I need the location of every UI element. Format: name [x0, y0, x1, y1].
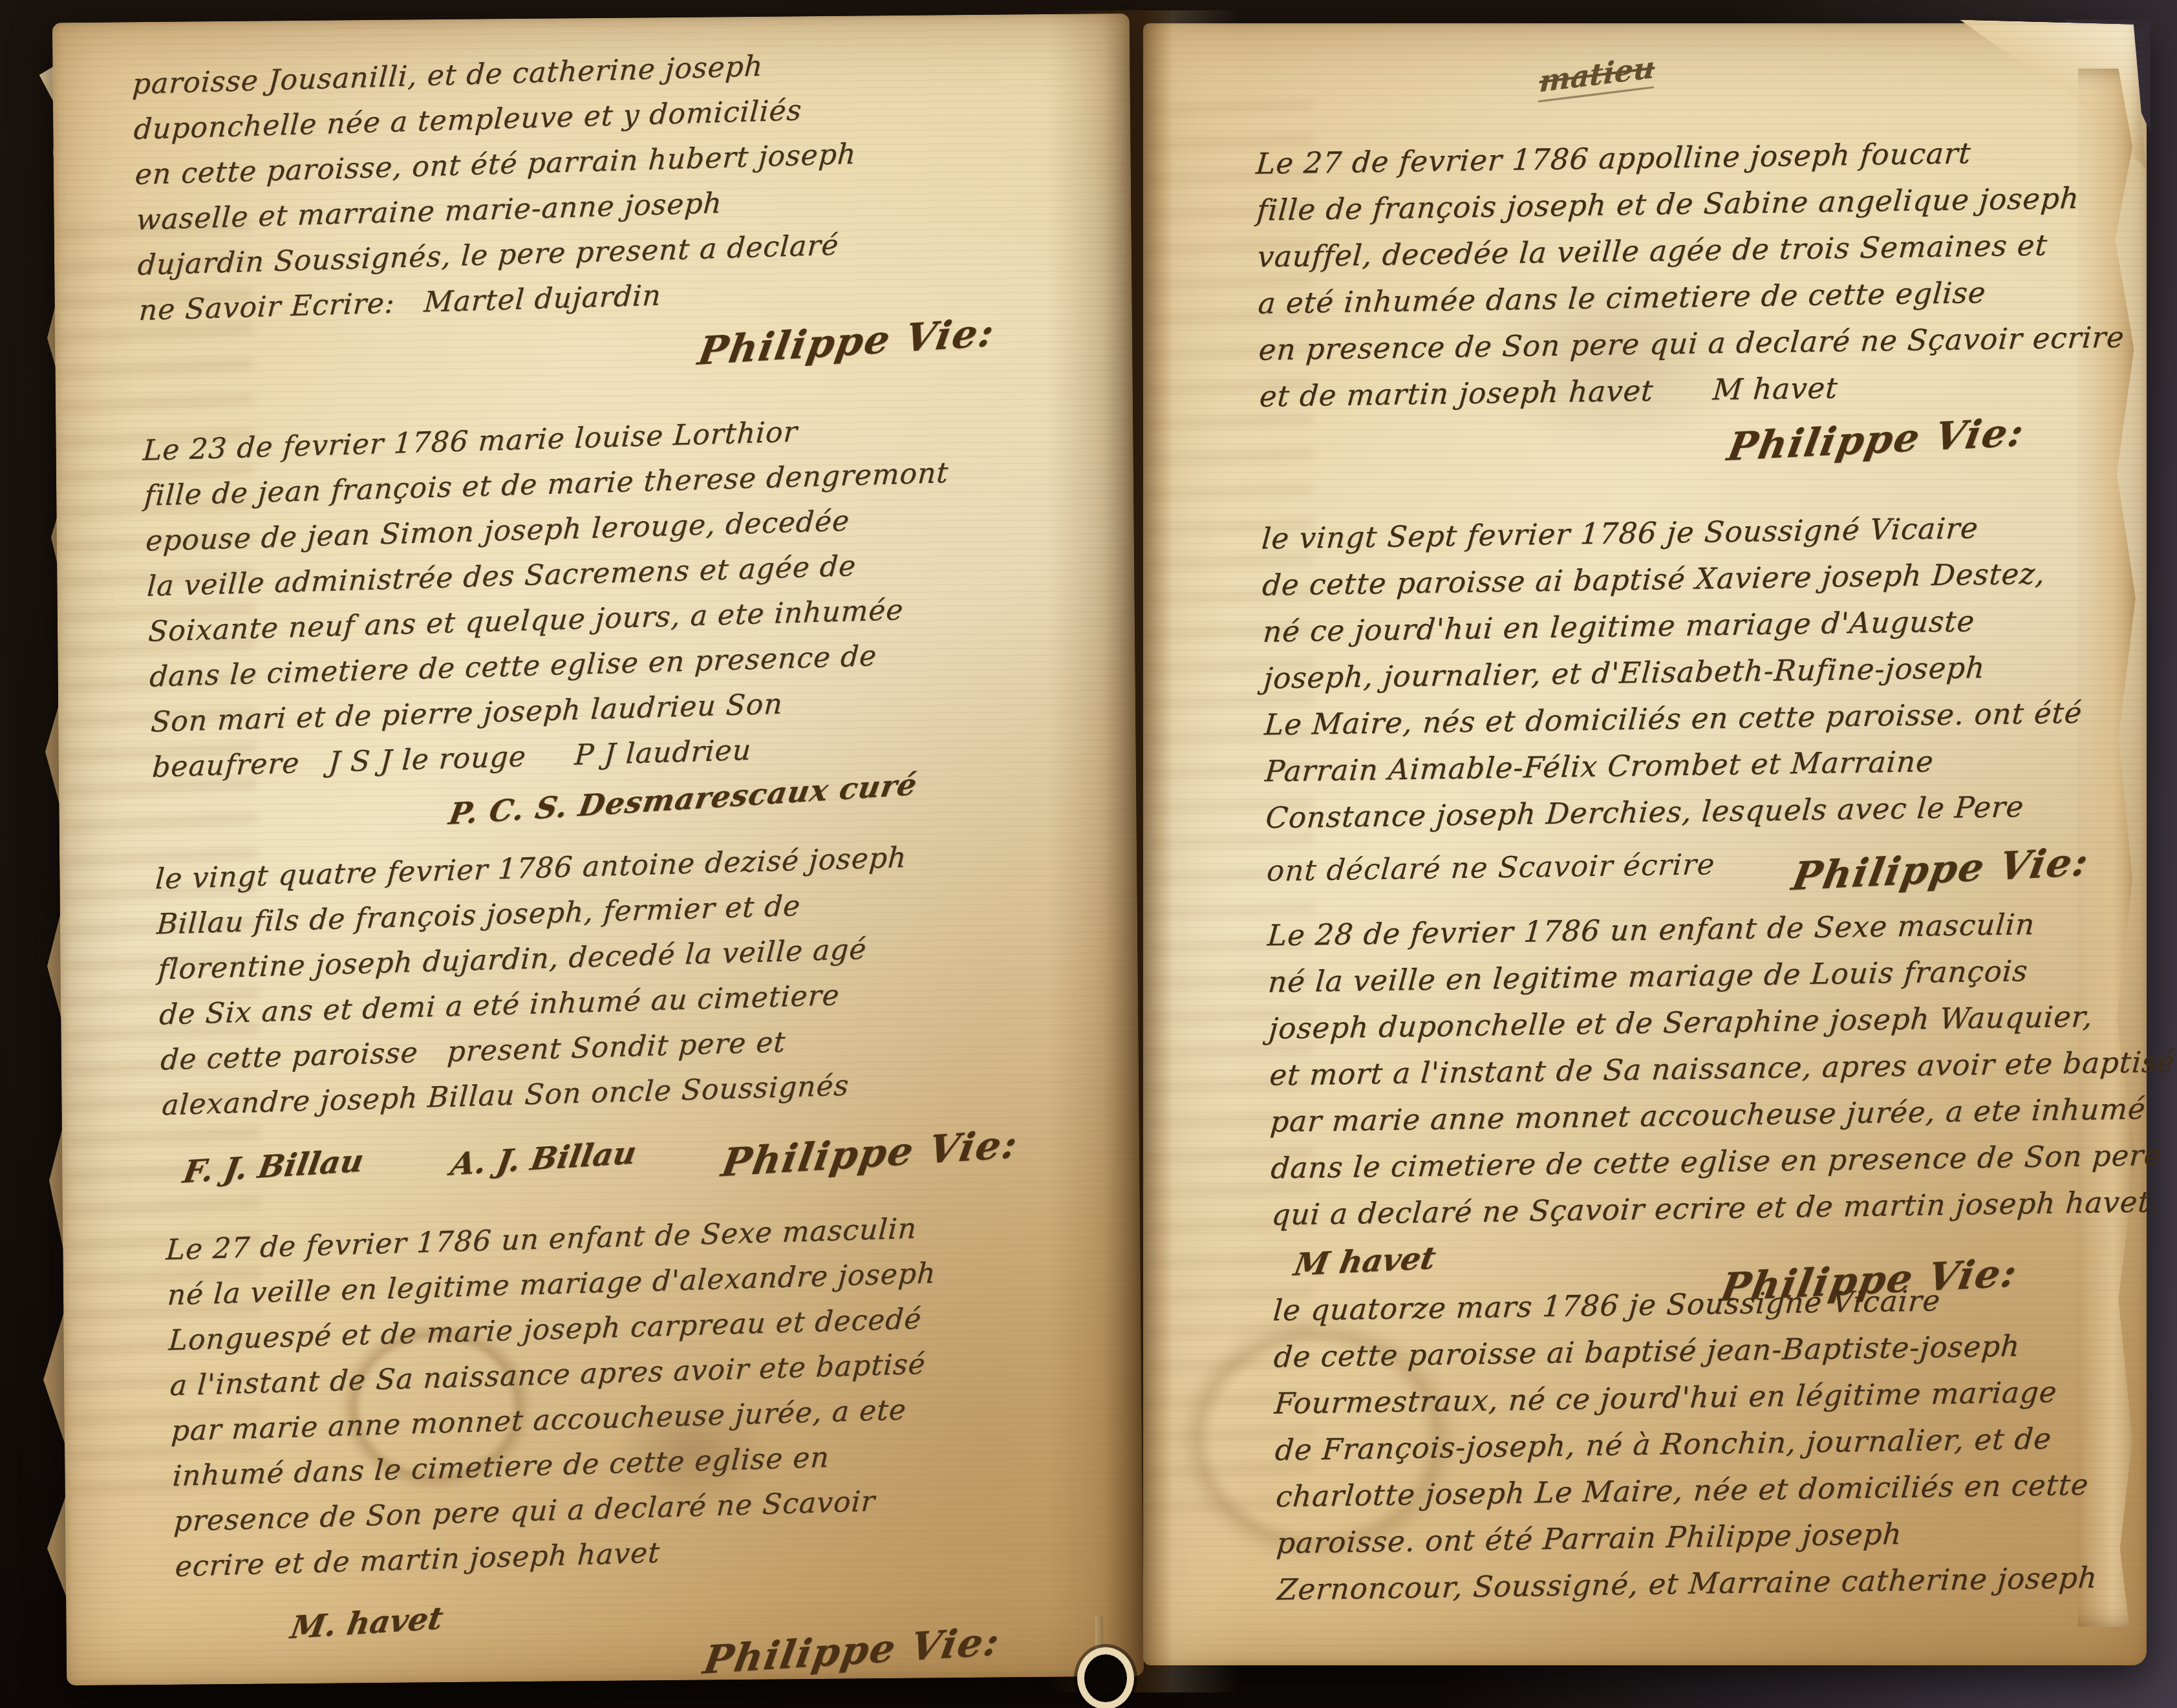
entry-burial-foucart: Le 27 de fevrier 1786 appolline joseph f…: [1256, 128, 2107, 471]
entry-lines: paroisse Jousanilli, et de catherine jos…: [132, 36, 1032, 334]
signature-philippe-vie: Philippe Vie:: [1788, 840, 2092, 900]
entry-burial-longuespe-infant: Le 27 de fevrier 1786 un enfant de Sexe …: [166, 1202, 1071, 1693]
signature-row: ont déclaré ne Scavoir écrire Philippe V…: [1266, 835, 2114, 902]
right-page: matieu Le 27 de fevrier 1786 appolline j…: [1143, 23, 2147, 1665]
signature-m-havet: M. havet: [280, 1600, 445, 1692]
signature-row: M. havet Philippe Vie:: [176, 1570, 1071, 1693]
entry-lines: le vingt Sept fevrier 1786 je Soussigné …: [1261, 503, 2113, 841]
entry-last-line: ont déclaré ne Scavoir écrire: [1265, 841, 1717, 902]
binding-cord-loop: [1077, 1647, 1134, 1708]
signature-philippe-vie: Philippe Vie:: [718, 1122, 1022, 1186]
signature-row: Philippe Vie:: [1260, 414, 2108, 471]
entry-burial-lorthior: Le 23 de fevrier 1786 marie louise Lorth…: [142, 403, 1046, 831]
entry-lines: le vingt quatre fevrier 1786 antoine dez…: [155, 831, 1055, 1129]
entry-lines: Le 27 de fevrier 1786 appolline joseph f…: [1256, 128, 2107, 420]
entry-lines: Le 27 de fevrier 1786 un enfant de Sexe …: [166, 1202, 1068, 1590]
entry-burial-duponchelle-infant: Le 28 de fevrier 1786 un enfant de Sexe …: [1267, 900, 2120, 1312]
entry-baptism-fourmestraux: le quatorze mars 1786 je Soussigné Vicai…: [1272, 1275, 2124, 1613]
signature-philippe-vie: Philippe Vie:: [700, 1619, 1003, 1683]
signature-philippe-vie: Philippe Vie:: [1724, 410, 2028, 470]
crossed-out-scribble: matieu: [1538, 50, 1656, 103]
signature-philippe-vie: Philippe Vie:: [695, 310, 998, 374]
entry-lines: Le 28 de fevrier 1786 un enfant de Sexe …: [1267, 900, 2119, 1238]
entry-burial-billau: le vingt quatre fevrier 1786 antoine dez…: [155, 831, 1056, 1197]
signature-aj-billau: A. J. Billau: [446, 1135, 639, 1191]
entry-baptism-destez: le vingt Sept fevrier 1786 je Soussigné …: [1261, 503, 2114, 902]
photo-backdrop: paroisse Jousanilli, et de catherine jos…: [0, 0, 2177, 1708]
left-page-text: paroisse Jousanilli, et de catherine jos…: [131, 25, 1023, 50]
entry-continuation-dujardin: paroisse Jousanilli, et de catherine jos…: [132, 36, 1033, 385]
right-page-text: Le 27 de fevrier 1786 appolline joseph f…: [1254, 39, 2101, 51]
entry-lines: le quatorze mars 1786 je Soussigné Vicai…: [1272, 1275, 2124, 1613]
signature-fj-billau: F. J. Billau: [179, 1143, 367, 1200]
left-page: paroisse Jousanilli, et de catherine jos…: [52, 14, 1144, 1685]
entry-lines: Le 23 de fevrier 1786 marie louise Lorth…: [142, 403, 1045, 791]
